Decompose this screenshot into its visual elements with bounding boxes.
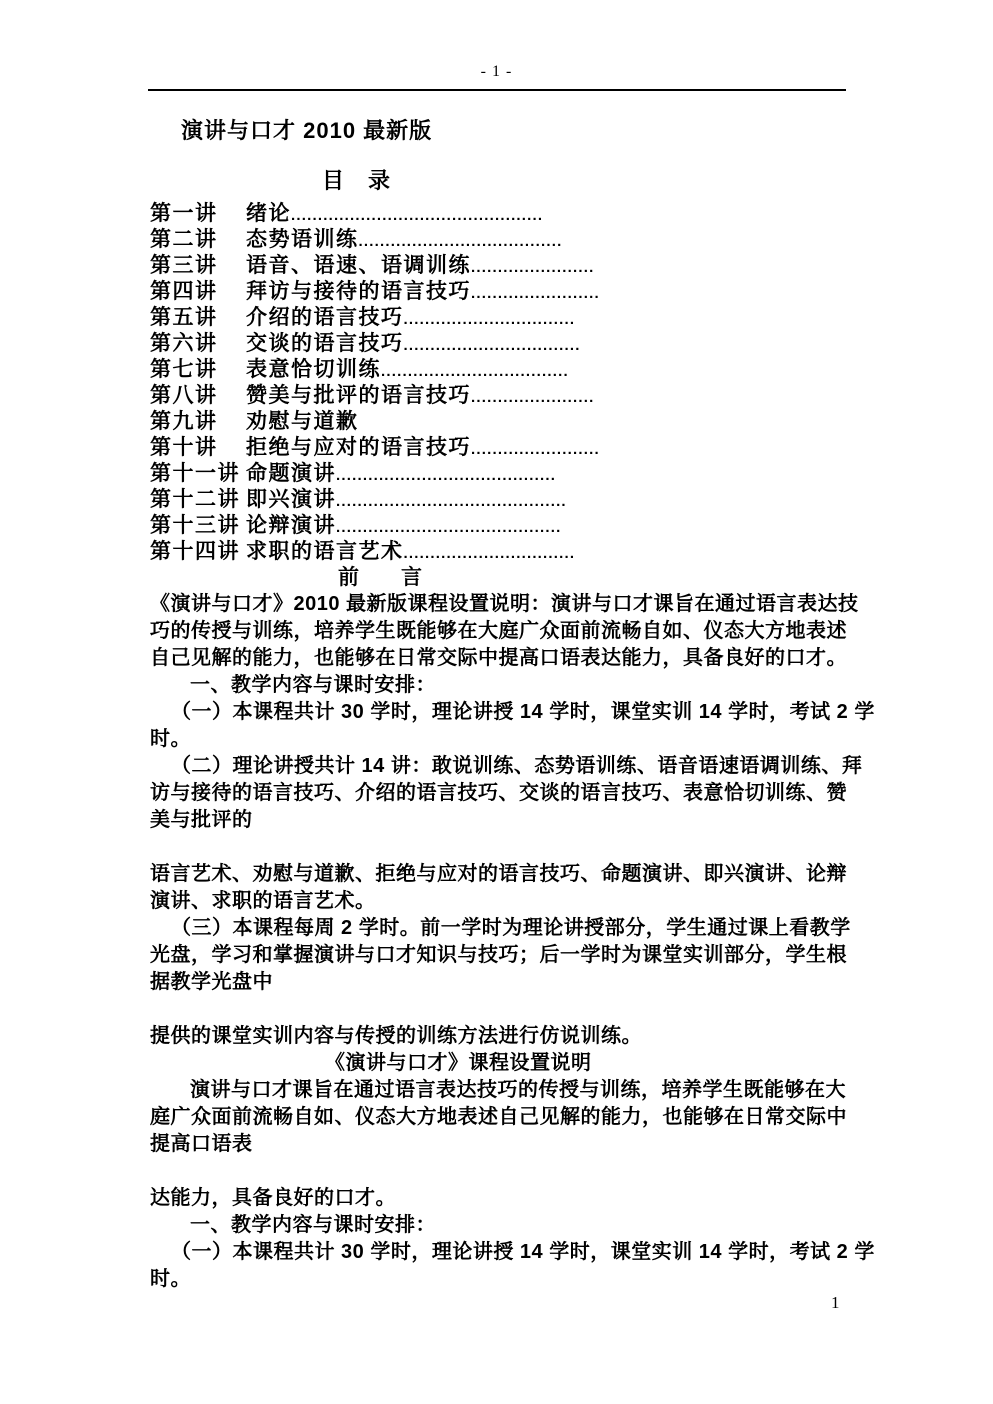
text-line: 自己见解的能力，也能够在日常交际中提高口语表达能力，具备良好的口才。 [150, 645, 850, 672]
text-line: 提供的课堂实训内容与传授的训练方法进行仿说训练。 [150, 1023, 850, 1050]
toc-entry-dots: ................................... [381, 363, 569, 380]
toc-entry-label: 第三讲 [150, 253, 246, 279]
toc-entry: 第一讲绪论...................................… [150, 201, 850, 227]
toc-entry: 第二讲态势语训练................................… [150, 227, 850, 253]
text-line: 美与批评的 [150, 807, 850, 834]
toc-entry-dots: ....................... [471, 389, 594, 406]
toc-entry-title: 介绍的语言技巧 [246, 306, 404, 329]
blank-line [150, 996, 850, 1023]
text-line: 庭广众面前流畅自如、仪态大方地表述自己见解的能力，也能够在日常交际中 [150, 1104, 850, 1131]
footer-page-number: 1 [831, 1293, 840, 1313]
toc-entry: 第六讲交谈的语言技巧..............................… [150, 331, 850, 357]
toc-entry-dots: ................................ [404, 311, 576, 328]
text-line: 语言艺术、劝慰与道歉、拒绝与应对的语言技巧、命题演讲、即兴演讲、论辩 [150, 861, 850, 888]
toc-entry-label: 第二讲 [150, 227, 246, 253]
preface-heading: 前 言 [338, 565, 850, 591]
blank-line [150, 834, 850, 861]
text-line: （三）本课程每周 2 学时。前一学时为理论讲授部分，学生通过课上看教学 [150, 915, 850, 942]
text-line: 光盘，学习和掌握演讲与口才知识与技巧；后一学时为课堂实训部分，学生根 [150, 942, 850, 969]
toc-entry: 第十四讲求职的语言艺术.............................… [150, 539, 850, 565]
toc-entry-dots: ........................................… [336, 519, 561, 536]
toc-entry-title: 绪论 [246, 202, 291, 225]
text-line: （一）本课程共计 30 学时，理论讲授 14 学时，课堂实训 14 学时，考试 … [150, 1239, 850, 1266]
text-line: 时。 [150, 1266, 850, 1293]
toc-entry: 第十讲拒绝与应对的语言技巧........................ [150, 435, 850, 461]
toc-entry-dots: ....................... [471, 259, 594, 276]
toc-entry-dots: ........................................… [336, 493, 567, 510]
text-line: 巧的传授与训练，培养学生既能够在大庭广众面前流畅自如、仪态大方地表述 [150, 618, 850, 645]
toc-entry-dots: ...................................... [359, 233, 563, 250]
toc-entry-label: 第一讲 [150, 201, 246, 227]
toc-entry-title: 拒绝与应对的语言技巧 [246, 436, 471, 459]
toc-entry-dots: ................................ [404, 545, 576, 562]
toc-entry-title: 语音、语速、语调训练 [246, 254, 471, 277]
text-line: 一、教学内容与课时安排： [150, 1212, 850, 1239]
text-line: 达能力，具备良好的口才。 [150, 1185, 850, 1212]
document-content: 目 录 第一讲绪论...............................… [150, 168, 850, 1293]
toc-entry-dots: ........................................… [336, 467, 556, 484]
blank-line [150, 1158, 850, 1185]
text-line: 据教学光盘中 [150, 969, 850, 996]
toc-entry: 第九讲劝慰与道歉 [150, 409, 850, 435]
toc-entry-title: 即兴演讲 [246, 488, 336, 511]
toc-entry-dots: ........................ [471, 285, 600, 302]
toc-entry-title: 交谈的语言技巧 [246, 332, 404, 355]
text-line: 访与接待的语言技巧、介绍的语言技巧、交谈的语言技巧、表意恰切训练、赞 [150, 780, 850, 807]
document-title: 演讲与口才 2010 最新版 [181, 114, 432, 145]
toc-entry-title: 论辩演讲 [246, 514, 336, 537]
text-line: 时。 [150, 726, 850, 753]
header-rule [148, 89, 846, 91]
text-line: 一、教学内容与课时安排： [150, 672, 850, 699]
toc-entry: 第四讲拜访与接待的语言技巧........................ [150, 279, 850, 305]
text-line: （二）理论讲授共计 14 讲：敢说训练、态势语训练、语音语速语调训练、拜 [150, 753, 850, 780]
text-line: （一）本课程共计 30 学时，理论讲授 14 学时，课堂实训 14 学时，考试 … [150, 699, 850, 726]
toc-entry-label: 第十一讲 [150, 461, 246, 487]
toc-entry: 第十二讲即兴演讲................................… [150, 487, 850, 513]
toc-entry-title: 求职的语言艺术 [246, 540, 404, 563]
toc-entry-label: 第四讲 [150, 279, 246, 305]
toc-entry-label: 第十讲 [150, 435, 246, 461]
toc-entry-dots: ........................ [471, 441, 600, 458]
toc-entry-label: 第十三讲 [150, 513, 246, 539]
toc-entry-dots: ........................................… [291, 207, 543, 224]
toc-entry: 第八讲赞美与批评的语言技巧....................... [150, 383, 850, 409]
section-heading: 《演讲与口才》课程设置说明 [150, 1050, 850, 1077]
toc-entry-title: 劝慰与道歉 [246, 410, 359, 433]
toc-entry-dots: ................................. [404, 337, 581, 354]
toc-entry-label: 第十二讲 [150, 487, 246, 513]
document-page: - 1 - 演讲与口才 2010 最新版 目 录 第一讲绪论..........… [0, 0, 993, 1404]
text-line: 演讲与口才课旨在通过语言表达技巧的传授与训练，培养学生既能够在大 [150, 1077, 850, 1104]
toc-entry: 第十一讲命题演讲................................… [150, 461, 850, 487]
toc-entry-title: 赞美与批评的语言技巧 [246, 384, 471, 407]
toc-entry-label: 第八讲 [150, 383, 246, 409]
text-line: 《演讲与口才》2010 最新版课程设置说明：演讲与口才课旨在通过语言表达技 [150, 591, 850, 618]
toc-entry-label: 第六讲 [150, 331, 246, 357]
toc-entry-title: 拜访与接待的语言技巧 [246, 280, 471, 303]
header-page-marker: - 1 - [0, 63, 993, 81]
toc-entry-title: 表意恰切训练 [246, 358, 381, 381]
toc-entry: 第三讲语音、语速、语调训练....................... [150, 253, 850, 279]
toc-entry-title: 命题演讲 [246, 462, 336, 485]
toc-entry-label: 第五讲 [150, 305, 246, 331]
toc-entry-title: 态势语训练 [246, 228, 359, 251]
toc-entry: 第五讲介绍的语言技巧..............................… [150, 305, 850, 331]
toc-entry: 第十三讲论辩演讲................................… [150, 513, 850, 539]
toc-entry-label: 第七讲 [150, 357, 246, 383]
toc-heading: 目 录 [322, 168, 850, 194]
text-line: 演讲、求职的语言艺术。 [150, 888, 850, 915]
text-line: 提高口语表 [150, 1131, 850, 1158]
toc-entry-label: 第九讲 [150, 409, 246, 435]
toc-entry-label: 第十四讲 [150, 539, 246, 565]
toc-entry: 第七讲表意恰切训练...............................… [150, 357, 850, 383]
